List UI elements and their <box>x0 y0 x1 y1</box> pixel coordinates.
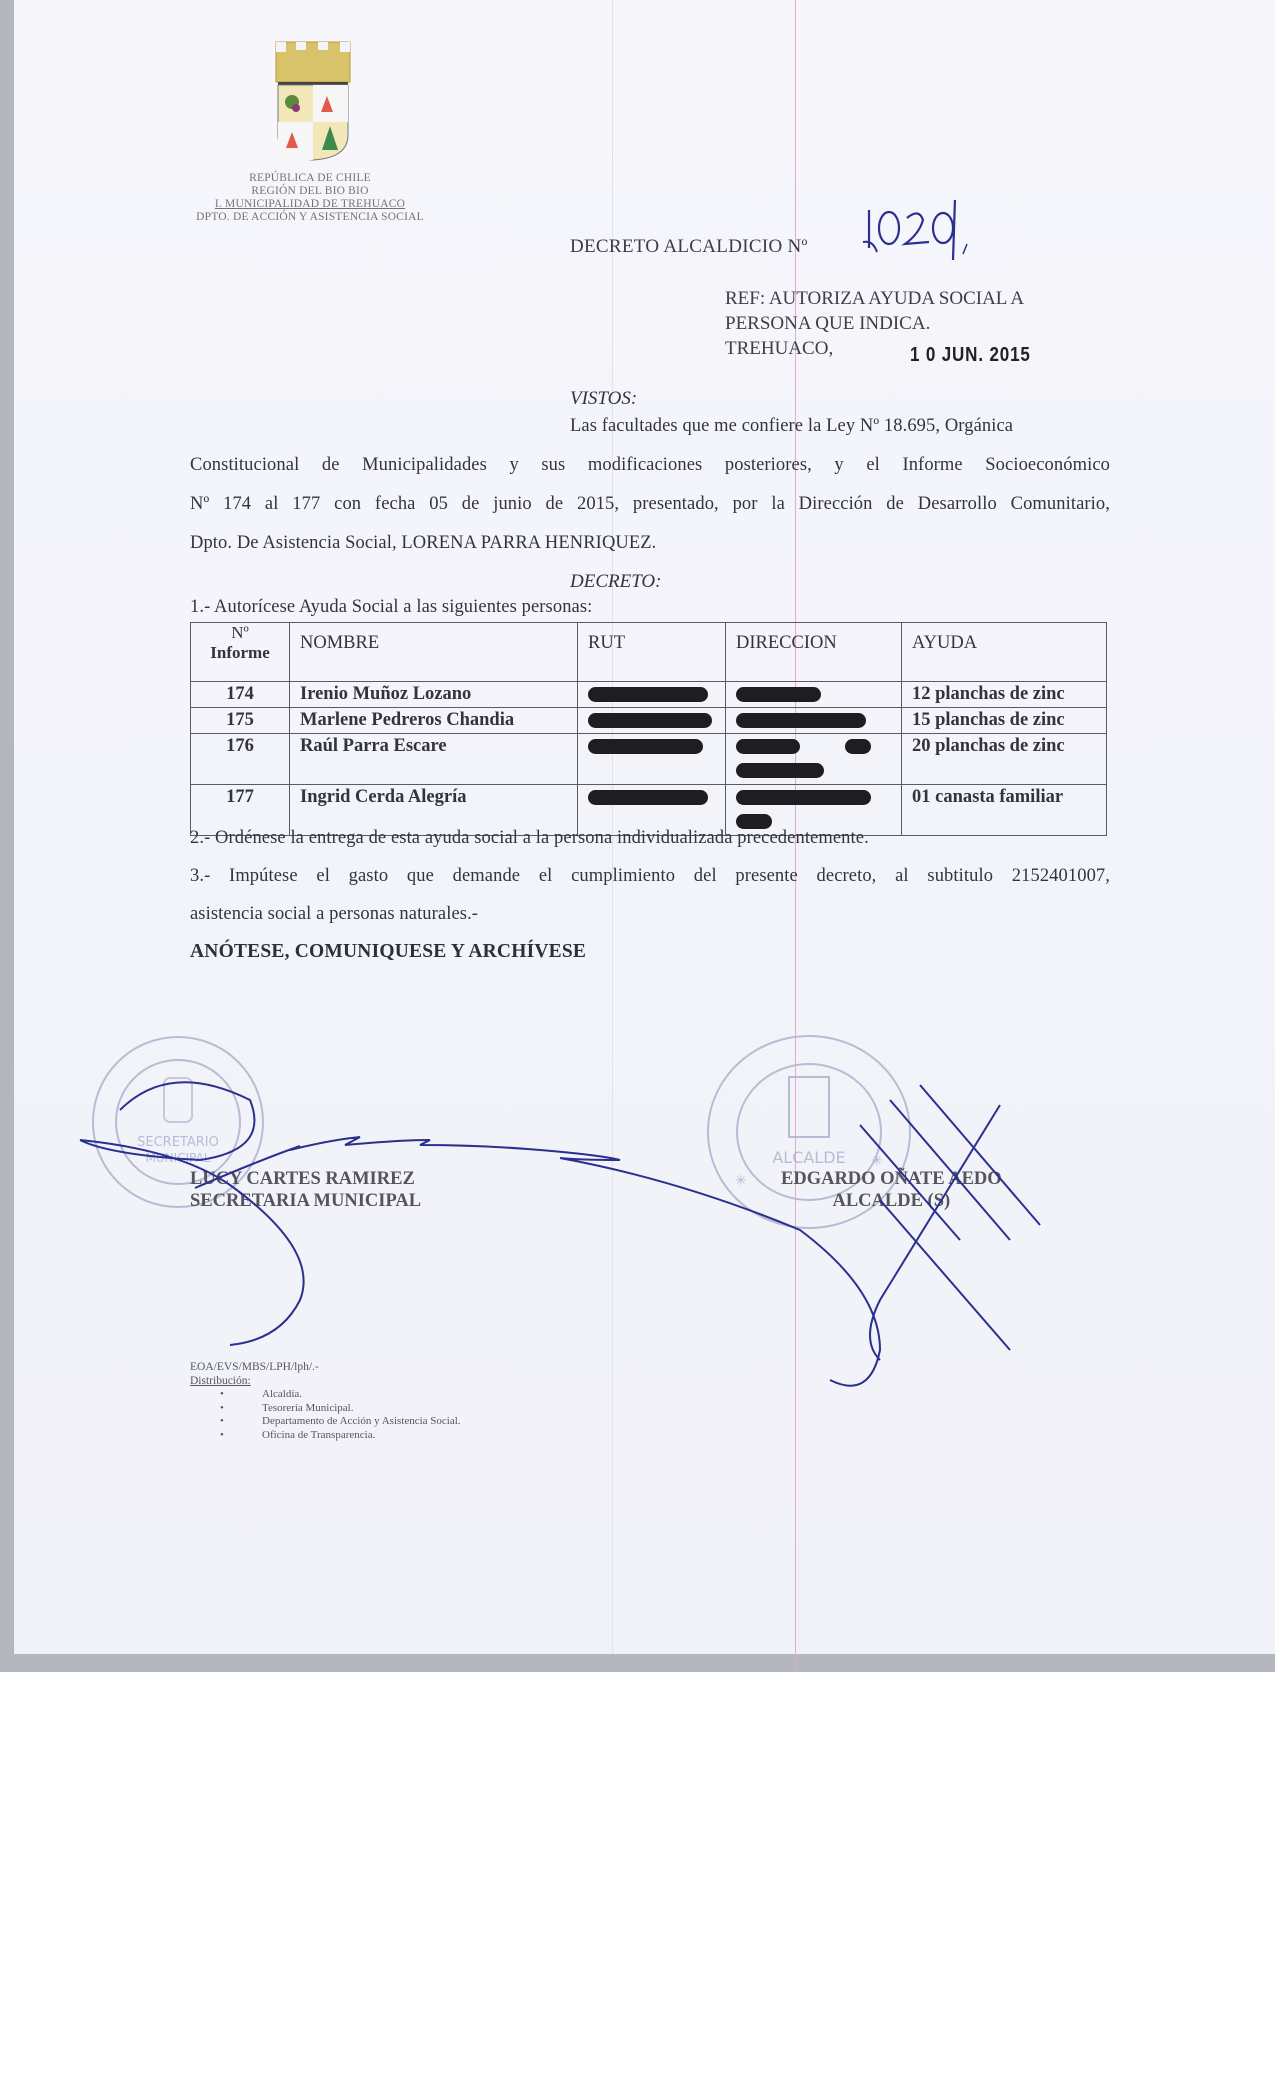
cell-ayuda: 15 planchas de zinc <box>902 708 1107 734</box>
decree-title: DECRETO ALCALDICIO Nº <box>570 236 808 258</box>
svg-text:MUNICIPAL: MUNICIPAL <box>146 1151 211 1165</box>
cell-informe: 175 <box>191 708 290 734</box>
beneficiaries-table: Nº Informe NOMBRE RUT DIRECCION AYUDA 17… <box>190 622 1107 836</box>
col-header-rut: RUT <box>578 623 726 682</box>
vistos-heading: VISTOS: <box>570 388 637 410</box>
ref-line: PERSONA QUE INDICA. <box>725 311 1024 336</box>
bullet-icon: • <box>220 1388 262 1402</box>
decree-item-3-continued: asistencia social a personas naturales.- <box>190 904 478 925</box>
col-header-nombre: NOMBRE <box>290 623 578 682</box>
cell-rut <box>578 708 726 734</box>
bullet-icon: • <box>220 1402 262 1416</box>
decreto-heading: DECRETO: <box>570 571 661 593</box>
initials: EOA/EVS/MBS/LPH/lph/.- <box>190 1360 319 1374</box>
col-header-direccion: DIRECCION <box>726 623 902 682</box>
list-item: •Oficina de Transparencia. <box>220 1429 461 1443</box>
cell-direccion <box>726 734 902 785</box>
redaction-mark <box>736 713 866 728</box>
table-row: 176 Raúl Parra Escare 20 planchas de zin… <box>191 734 1107 785</box>
redaction-mark <box>736 763 824 778</box>
table-header-row: Nº Informe NOMBRE RUT DIRECCION AYUDA <box>191 623 1107 682</box>
signatory-role: ALCALDE (S) <box>781 1190 1002 1212</box>
signatory-name: LUCY CARTES RAMIREZ <box>190 1168 421 1190</box>
col-header-informe: Nº Informe <box>191 623 290 682</box>
distribution-list: •Alcaldía. •Tesorería Municipal. •Depart… <box>220 1388 461 1442</box>
decree-item-2: 2.- Ordénese la entrega de esta ayuda so… <box>190 828 869 849</box>
vistos-line: Constitucional de Municipalidades y sus … <box>190 455 1110 476</box>
letterhead-line: DPTO. DE ACCIÓN Y ASISTENCIA SOCIAL <box>160 211 460 224</box>
decree-item-1: 1.- Autorícese Ayuda Social a las siguie… <box>190 597 592 618</box>
cell-informe: 174 <box>191 682 290 708</box>
signatory-name: EDGARDO OÑATE AEDO <box>781 1168 1002 1190</box>
list-item: •Departamento de Acción y Asistencia Soc… <box>220 1415 461 1429</box>
bullet-icon: • <box>220 1415 262 1429</box>
signatory-role: SECRETARIA MUNICIPAL <box>190 1190 421 1212</box>
redaction-mark <box>736 739 800 754</box>
redaction-mark <box>588 739 703 754</box>
cell-nombre: Marlene Pedreros Chandia <box>290 708 578 734</box>
svg-text:SECRETARIO: SECRETARIO <box>137 1135 219 1150</box>
cell-direccion <box>726 708 902 734</box>
svg-text:✳: ✳ <box>735 1174 747 1189</box>
letterhead-line: REPÚBLICA DE CHILE <box>160 172 460 185</box>
coat-of-arms-icon <box>272 40 354 162</box>
cell-direccion <box>726 682 902 708</box>
table-row: 175 Marlene Pedreros Chandia 15 planchas… <box>191 708 1107 734</box>
letterhead: REPÚBLICA DE CHILE REGIÓN DEL BIO BIO I.… <box>160 172 460 224</box>
redaction-mark <box>736 790 871 805</box>
cell-ayuda: 12 planchas de zinc <box>902 682 1107 708</box>
redaction-mark <box>588 687 708 702</box>
handwritten-decree-number <box>855 200 1005 280</box>
list-item: •Alcaldía. <box>220 1388 461 1402</box>
redaction-mark <box>736 687 821 702</box>
vistos-line: Dpto. De Asistencia Social, LORENA PARRA… <box>190 533 656 554</box>
col-header-ayuda: AYUDA <box>902 623 1107 682</box>
cell-rut <box>578 734 726 785</box>
redaction-mark <box>845 739 871 754</box>
cell-informe: 176 <box>191 734 290 785</box>
redaction-mark <box>588 713 712 728</box>
cell-nombre: Raúl Parra Escare <box>290 734 578 785</box>
vistos-line: Las facultades que me confiere la Ley Nº… <box>570 416 1110 437</box>
cell-rut <box>578 682 726 708</box>
mayor-signature-block: EDGARDO OÑATE AEDO ALCALDE (S) <box>781 1168 1002 1212</box>
ref-line: REF: AUTORIZA AYUDA SOCIAL A <box>725 286 1024 311</box>
table-row: 174 Irenio Muñoz Lozano 12 planchas de z… <box>191 682 1107 708</box>
svg-text:ALCALDE: ALCALDE <box>772 1148 845 1167</box>
vistos-line: Nº 174 al 177 con fecha 05 de junio de 2… <box>190 494 1110 515</box>
closing-formula: ANÓTESE, COMUNIQUESE Y ARCHÍVESE <box>190 941 586 963</box>
letterhead-line: REGIÓN DEL BIO BIO <box>160 185 460 198</box>
bullet-icon: • <box>220 1429 262 1443</box>
svg-text:✳: ✳ <box>871 1154 883 1169</box>
secretary-signature-block: LUCY CARTES RAMIREZ SECRETARIA MUNICIPAL <box>190 1168 421 1212</box>
decree-item-3: 3.- Impútese el gasto que demande el cum… <box>190 866 1110 887</box>
redaction-mark <box>736 814 772 829</box>
cell-ayuda: 01 canasta familiar <box>902 785 1107 836</box>
cell-nombre: Irenio Muñoz Lozano <box>290 682 578 708</box>
distribution-label: Distribución: <box>190 1374 319 1388</box>
letterhead-line: I. MUNICIPALIDAD DE TREHUACO <box>160 198 460 211</box>
date-stamp: 1 0 JUN. 2015 <box>910 344 1031 367</box>
footer-reference: EOA/EVS/MBS/LPH/lph/.- Distribución: <box>190 1360 319 1388</box>
cell-ayuda: 20 planchas de zinc <box>902 734 1107 785</box>
redaction-mark <box>588 790 708 805</box>
list-item: •Tesorería Municipal. <box>220 1402 461 1416</box>
